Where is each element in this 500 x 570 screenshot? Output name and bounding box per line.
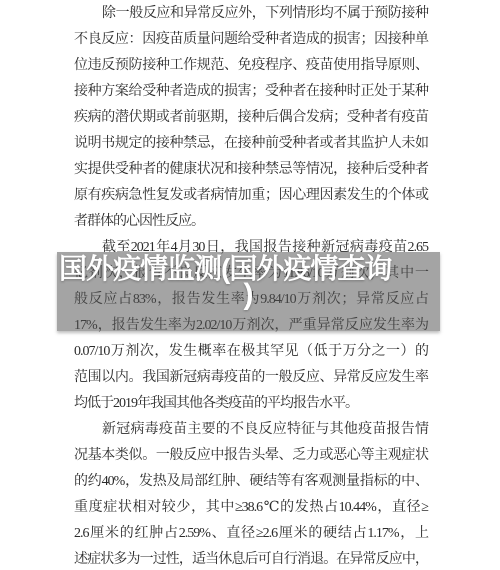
text-line: 新冠病毒疫苗主要的不良反应特征与其他疫苗报告情 [74,417,428,443]
text-line: 范围以内。我国新冠病毒疫苗的一般反应、异常反应发生率 [74,365,428,391]
article-page: 除一般反应和异常反应外，下列情形均不属于预防接种不良反应：因疫苗质量问题给受种者… [0,0,500,570]
text-line: 除一般反应和异常反应外，下列情形均不属于预防接种 [74,1,428,27]
text-line: 说明书规定的接种禁忌，在接种前受种者或者其监护人未如 [74,131,428,157]
text-line: 位违反预防接种工作规范、免疫程序、疫苗使用指导原则、 [74,53,428,79]
text-line: 实提供受种者的健康状况和接种禁忌等情况，接种后受种者 [74,157,428,183]
text-line: 重度症状相对较少，其中≥38.6℃的发热占10.44%，直径≥ [74,495,428,521]
text-line: 述症状多为一过性，适当休息后可自行消退。在异常反应中， [74,547,428,570]
text-line: 2.6厘米的红肿占2.59%、直径≥2.6厘米的硬结占1.17%，上 [74,521,428,547]
text-line: 疾病的潜伏期或者前驱期，接种后偶合发病；受种者有疫苗 [74,105,428,131]
text-line: 原有疾病急性复发或者病情加重；因心理因素发生的个体或 [74,183,428,209]
text-line: 0.07/10万剂次，发生概率在极其罕见（低于万分之一）的 [74,339,428,365]
text-line: 况基本类似。一般反应中报告头晕、乏力或恶心等主观症状 [74,443,428,469]
text-line: 接种方案给受种者造成的损害；受种者在接种时正处于某种 [74,79,428,105]
title-overlay: 国外疫情监测(国外疫情查询 ) [57,252,440,331]
text-line: 者群体的心因性反应。 [74,209,428,235]
text-line: 均低于2019年我国其他各类疫苗的平均报告水平。 [74,391,428,417]
text-line: 的约40%，发热及局部红肿、硬结等有客观测量指标的中、 [74,469,428,495]
text-line: 不良反应：因疫苗质量问题给受种者造成的损害；因接种单 [74,27,428,53]
